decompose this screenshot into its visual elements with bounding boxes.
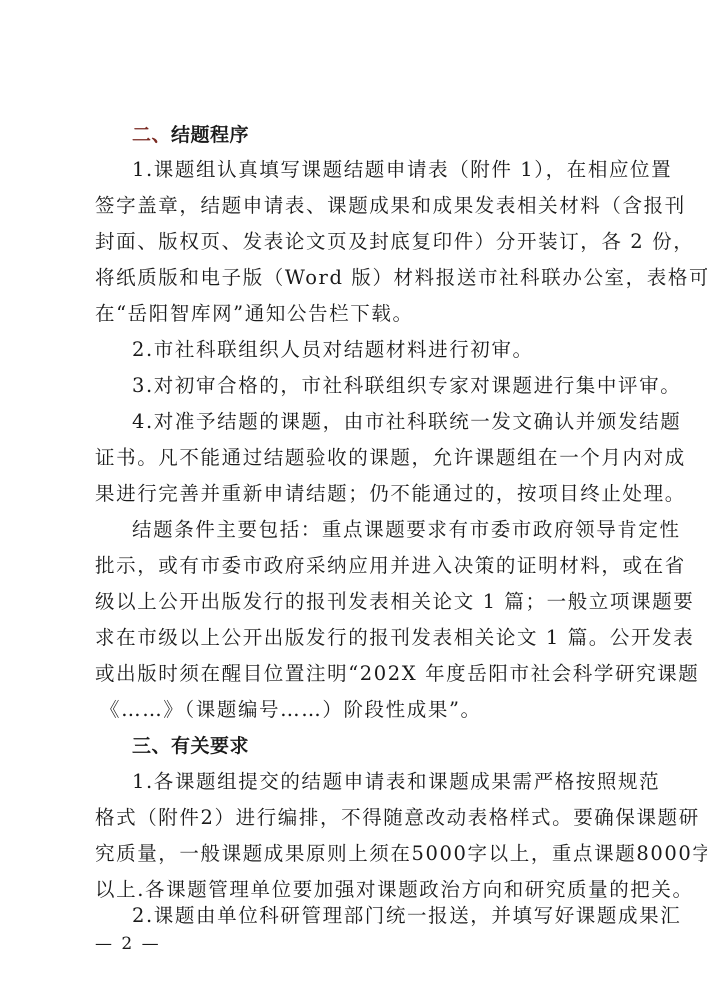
section-heading-requirements: 三、有关要求 xyxy=(132,728,612,764)
document-page: 二、结题程序 1.课题组认真填写课题结题申请表（附件 1），在相应位置 签字盖章… xyxy=(0,0,707,1000)
paragraph-line: 求在市级以上公开出版发行的报刊发表相关论文 1 篇。公开发表 xyxy=(95,620,615,656)
paragraph-line: 级以上公开出版发行的报刊发表相关论文 1 篇；一般立项课题要 xyxy=(95,584,615,620)
paragraph-line: 1.各课题组提交的结题申请表和课题成果需严格按照规范 xyxy=(132,764,612,800)
paragraph-line: 2.市社科联组织人员对结题材料进行初审。 xyxy=(132,332,612,368)
paragraph-line: 究质量，一般课题成果原则上须在5000字以上，重点课题8000字 xyxy=(95,836,615,872)
paragraph-line: 证书。凡不能通过结题验收的课题，允许课题组在一个月内对成 xyxy=(95,440,615,476)
paragraph-line: 1.课题组认真填写课题结题申请表（附件 1），在相应位置 xyxy=(132,152,612,188)
paragraph-line: 将纸质版和电子版（Word 版）材料报送市社科联办公室，表格可 xyxy=(95,260,615,296)
page-number: — 2 — xyxy=(95,934,161,954)
heading-number: 二、 xyxy=(132,124,171,146)
section-heading-procedure: 二、结题程序 xyxy=(132,117,612,153)
paragraph-line: 果进行完善并重新申请结题；仍不能通过的，按项目终止处理。 xyxy=(95,476,615,512)
paragraph-line: 在“岳阳智库网”通知公告栏下载。 xyxy=(95,296,615,332)
paragraph-line: 《……》（课题编号……）阶段性成果”。 xyxy=(100,692,620,728)
paragraph-line: 3.对初审合格的，市社科联组织专家对课题进行集中评审。 xyxy=(132,368,612,404)
paragraph-line: 4.对准予结题的课题，由市社科联统一发文确认并颁发结题 xyxy=(132,404,612,440)
paragraph-line: 2.课题由单位科研管理部门统一报送，并填写好课题成果汇 xyxy=(132,898,612,934)
paragraph-line: 批示，或有市委市政府采纳应用并进入决策的证明材料，或在省 xyxy=(95,548,615,584)
paragraph-line: 结题条件主要包括：重点课题要求有市委市政府领导肯定性 xyxy=(132,512,612,548)
heading-text: 结题程序 xyxy=(171,124,249,146)
paragraph-line: 格式（附件2）进行编排，不得随意改动表格样式。要确保课题研 xyxy=(95,800,615,836)
paragraph-line: 封面、版权页、发表论文页及封底复印件）分开装订，各 2 份， xyxy=(95,224,615,260)
paragraph-line: 或出版时须在醒目位置注明“202X 年度岳阳市社会科学研究课题 xyxy=(95,656,615,692)
paragraph-line: 签字盖章，结题申请表、课题成果和成果发表相关材料（含报刊 xyxy=(95,188,615,224)
